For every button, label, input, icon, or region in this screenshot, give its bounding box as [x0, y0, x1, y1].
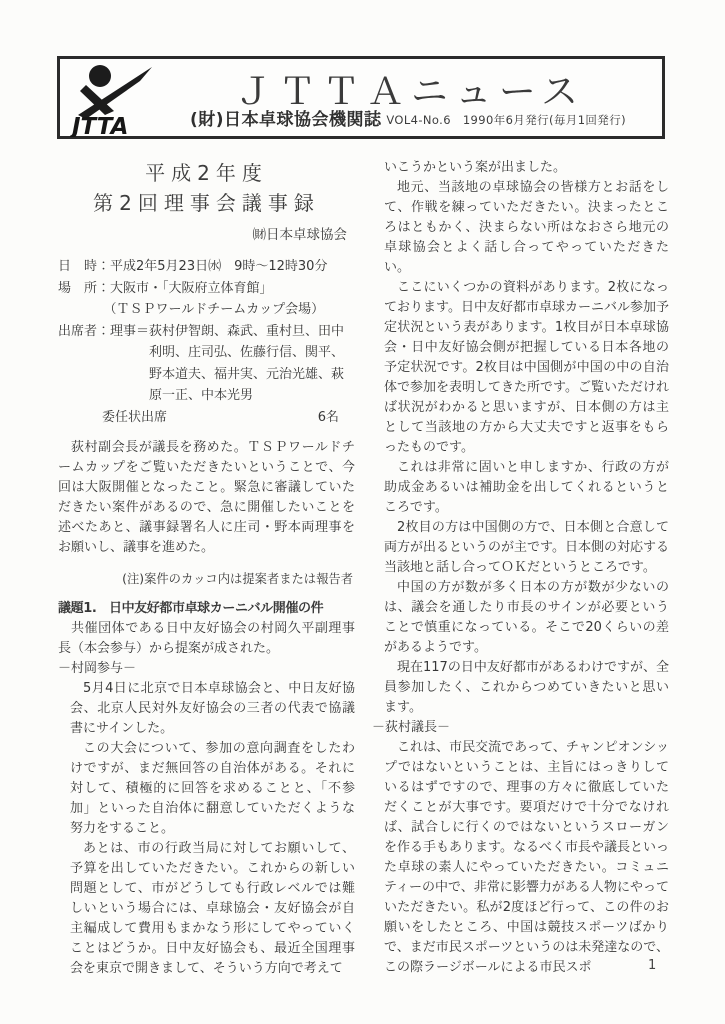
paragraph: 2枚目の方は中国側の方で、日本側と合意して両方が出るというのが主です。日本側の対…	[384, 518, 669, 578]
paragraph: この大会について、参加の意向調査をしたわけですが、まだ無回答の自治体がある。それ…	[70, 739, 355, 839]
jtta-logo-icon: JTTA	[70, 63, 186, 137]
proxy-attendance-label: 委任状出席	[102, 407, 167, 429]
meeting-meta: 日 時：平成2年5月23日㈬ 9時〜12時30分 場 所：大阪市・「大阪府立体育…	[58, 256, 355, 407]
paragraph: 中国の方が数が多く日本の方が数が少ないのは、議会を通したり市長のサインが必要とい…	[384, 578, 669, 658]
jtta-logo-text: JTTA	[70, 114, 128, 137]
paragraph: これは、市民交流であって、チャンピオンシップではないということは、主旨にはっきり…	[384, 738, 669, 978]
organization-name: ㈶日本卓球協会	[58, 225, 347, 245]
proxy-attendance-row: 委任状出席 6名	[58, 407, 355, 429]
proxy-attendance-count: 6名	[318, 407, 339, 429]
masthead-issue-info: VOL4-No.6 1990年6月発行(毎月1回発行)	[386, 112, 648, 130]
right-column: いこうかという案が出ました。 地元、当該地の卓球協会の皆様方とお話をして、作戦を…	[372, 158, 669, 979]
paragraph: ここにいくつかの資料があります。2枚になっております。日中友好都市卓球カーニバル…	[384, 278, 669, 458]
paragraph: 地元、当該地の卓球協会の皆様方とお話をして、作戦を練っていただきたい。決まったと…	[384, 178, 669, 278]
paragraph: これは非常に固いと申しますか、行政の方が助成金あるいは補助金を出してくれるという…	[384, 458, 669, 518]
newsletter-page: JTTA ＪＴＴＡニュース (財)日本卓球協会機関誌 VOL4-No.6 199…	[0, 0, 725, 1024]
masthead: JTTA ＪＴＴＡニュース (財)日本卓球協会機関誌 VOL4-No.6 199…	[57, 56, 665, 139]
agenda-1-title: 議題1. 日中友好都市卓球カーニバル開催の件	[58, 599, 355, 619]
minutes-title-line2: 第2回理事会議事録	[58, 188, 355, 218]
speaker-ogimura: －荻村議長－	[372, 718, 669, 738]
speaker-muraoka: －村岡参与－	[58, 659, 355, 679]
paragraph: あとは、市の行政当局に対してお願いして、予算を出していただきたい。これからの新し…	[70, 839, 355, 979]
page-number: 1	[648, 958, 656, 973]
masthead-bottom-row: (財)日本卓球協会機関誌 VOL4-No.6 1990年6月発行(毎月1回発行)	[190, 105, 648, 130]
paragraph: いこうかという案が出ました。	[384, 158, 669, 178]
minutes-title-line1: 平成2年度	[58, 158, 355, 188]
masthead-subtitle: (財)日本卓球協会機関誌	[190, 105, 382, 130]
note-line: (注)案件のカッコ内は提案者または報告者	[58, 569, 353, 589]
paragraph: 5月4日に北京で日本卓球協会と、中日友好協会、北京人民対外友好協会の三者の代表で…	[70, 679, 355, 739]
agenda-1-intro: 共催団体である日中友好協会の村岡久平副理事長（本会参与）から提案が成された。	[58, 619, 355, 659]
intro-paragraph: 荻村副会長が議長を務めた。ＴＳＰワールドチームカップをご覧いただきたいということ…	[58, 438, 355, 558]
minutes-body: 平成2年度 第2回理事会議事録 ㈶日本卓球協会 日 時：平成2年5月23日㈬ 9…	[58, 158, 669, 979]
paragraph: 現在117の日中友好都市があるわけですが、全員参加したく、これからつめていきたい…	[384, 658, 669, 718]
left-column: 平成2年度 第2回理事会議事録 ㈶日本卓球協会 日 時：平成2年5月23日㈬ 9…	[58, 158, 355, 979]
